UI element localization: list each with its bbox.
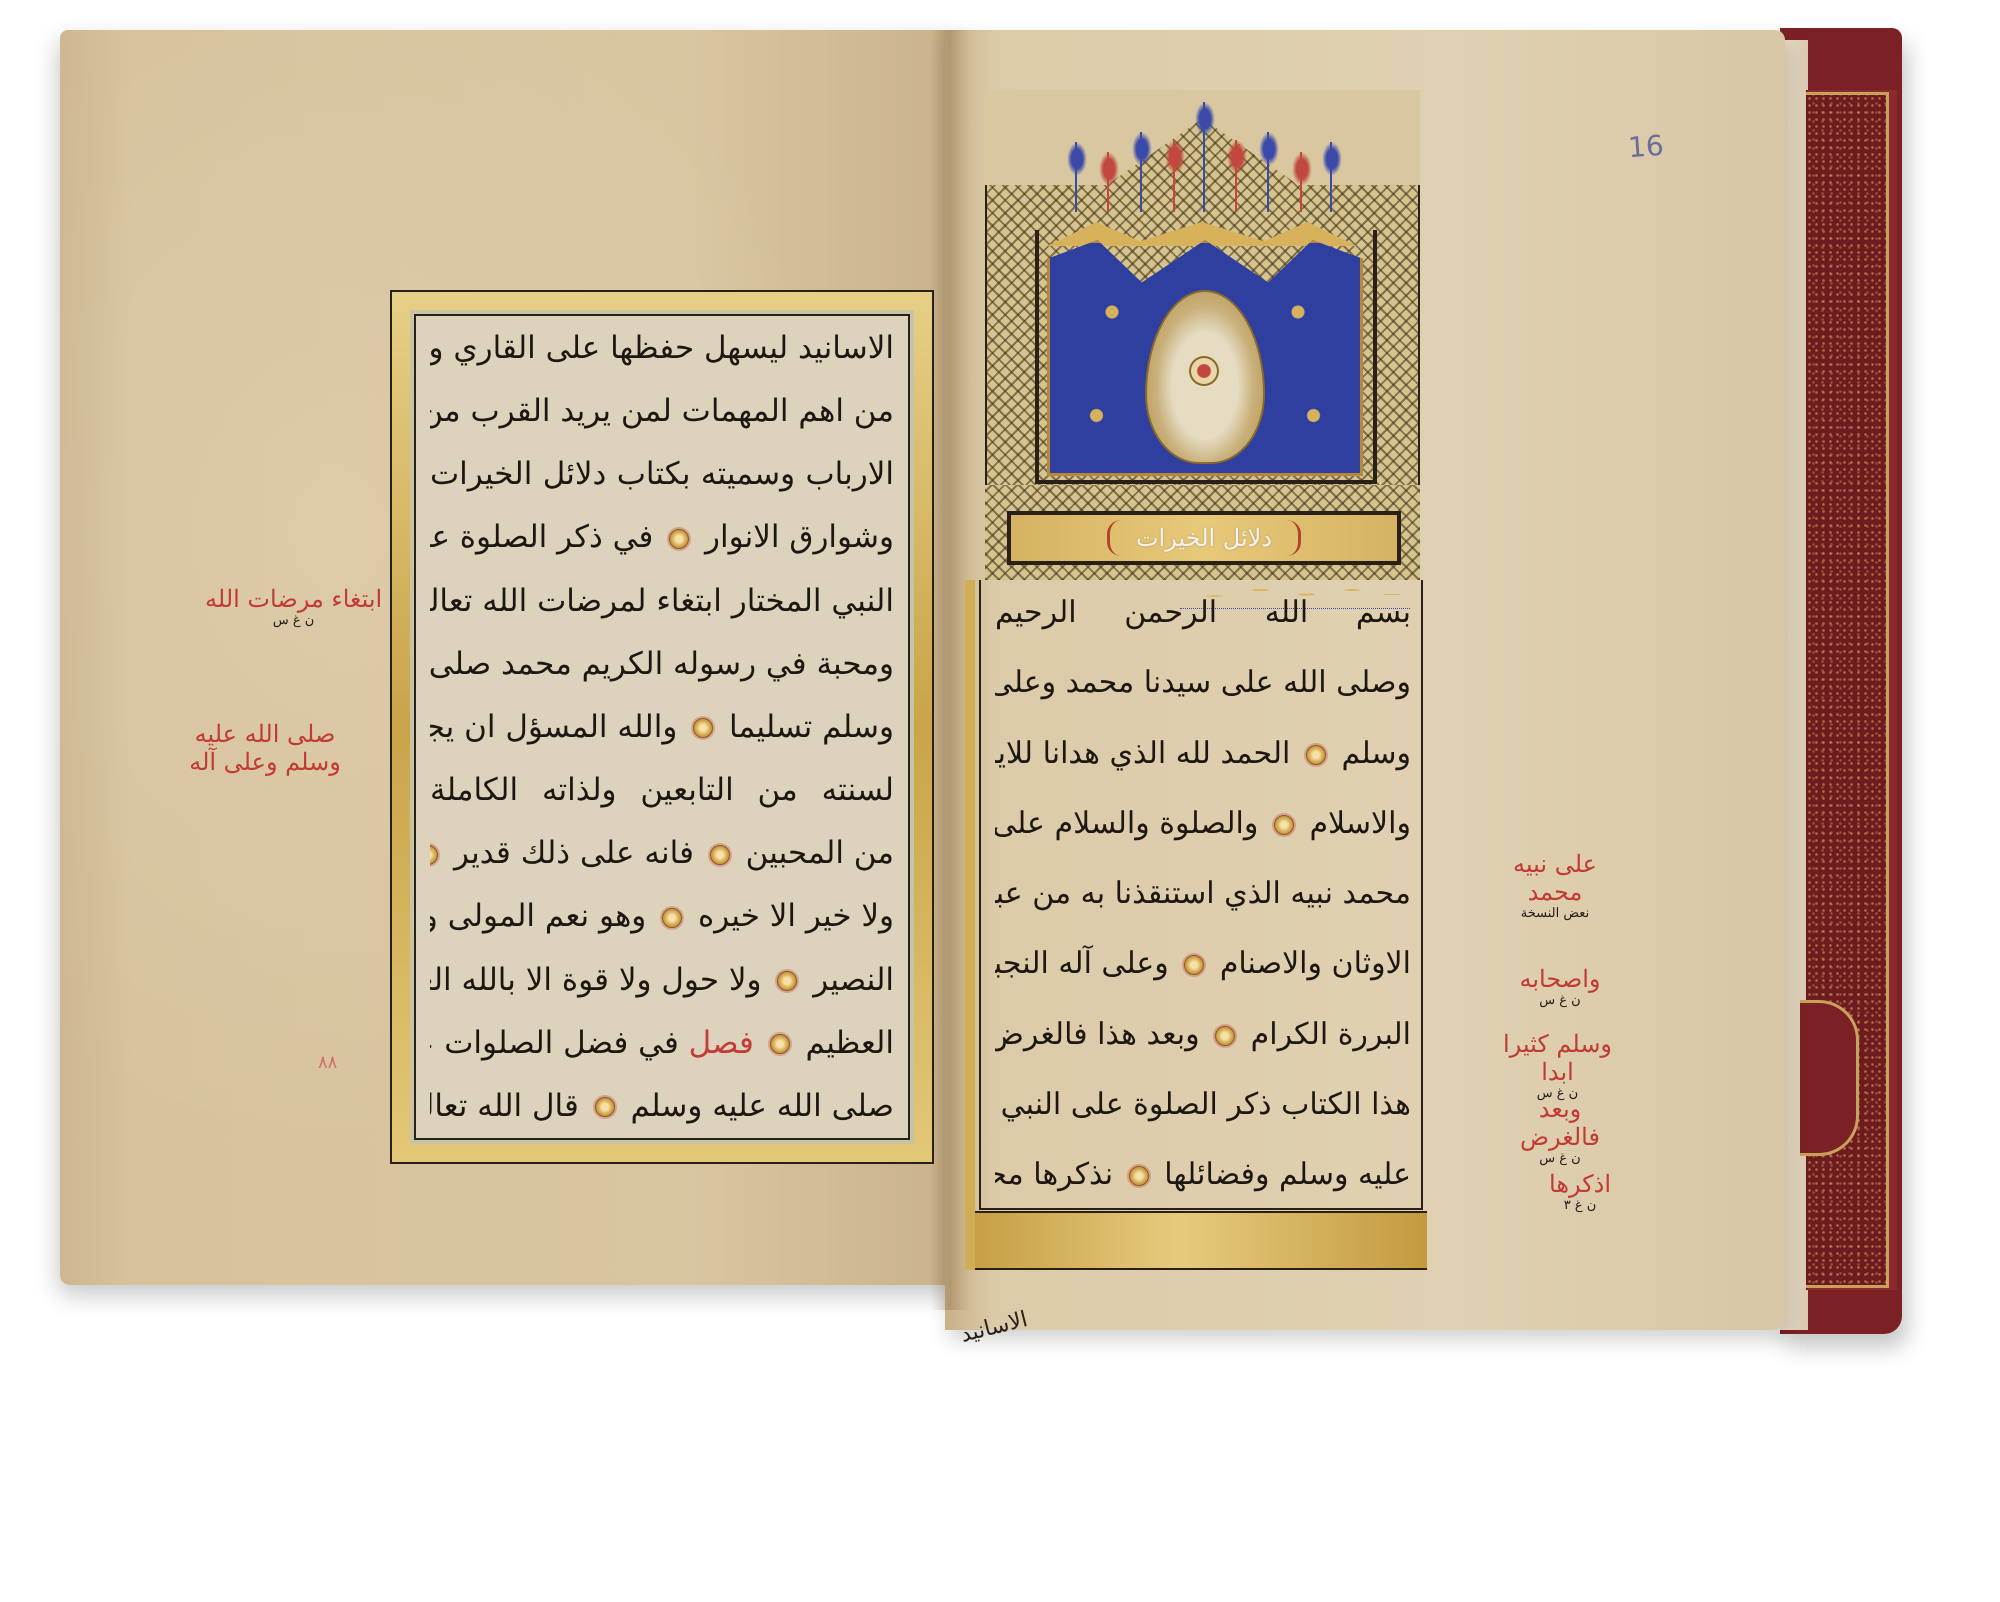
gold-rule-bottom [975, 1211, 1427, 1270]
margin-note-siglum: ن غ س [1515, 993, 1605, 1009]
text-line: من اهم المهمات لمن يريد القرب من رب [430, 385, 894, 437]
left-text-panel: الاسانيد ليسهل حفظها على القاري وهي من ا… [414, 314, 910, 1140]
gold-rule-left [965, 580, 975, 1270]
blue-flower-icon [1267, 132, 1291, 212]
red-flower-icon [1107, 152, 1131, 212]
margin-note-text: صلى الله عليه وسلم وعلى آله [185, 720, 345, 776]
margin-note-text: ابتغاء مرضات الله [205, 585, 382, 613]
gold-rosette-verse-marker-icon [693, 718, 713, 738]
gold-rosette-verse-marker-icon [669, 529, 689, 549]
basmala: بسم الله الرحمن الرحيم [995, 588, 1411, 638]
blue-flower-icon [1203, 102, 1227, 212]
text-line: والاسلام والصلوة والسلام على [995, 799, 1411, 849]
gold-rosette-verse-marker-icon [1274, 815, 1294, 835]
margin-note: على نبيه محمد نعض النسخة [1500, 850, 1610, 922]
margin-mark: ٨٨ [318, 1052, 337, 1073]
text-line: وشوارق الانوار في ذكر الصلوة على [430, 511, 894, 563]
text-line: وسلم الحمد لله الذي هدانا للايمان [995, 729, 1411, 779]
text-line: وصلى الله على سيدنا محمد وعلى آله وصحبه [995, 658, 1411, 708]
margin-note-siglum: نعض النسخة [1500, 906, 1610, 922]
text-line: محمد نبيه الذي استنقذنا به من عبادة [995, 869, 1411, 919]
margin-note: ابتغاء مرضات الله ن غ س [205, 585, 382, 629]
margin-note: وبعد فالغرض ن غ س [1500, 1095, 1620, 1167]
gold-rosette-verse-marker-icon [595, 1097, 615, 1117]
gold-rosette-verse-marker-icon [662, 908, 682, 928]
gold-rosette-verse-marker-icon [1215, 1026, 1235, 1046]
red-flower-icon [1300, 152, 1324, 212]
left-text-frame: الاسانيد ليسهل حفظها على القاري وهي من ا… [390, 290, 934, 1164]
margin-note-text: اذكرها [1540, 1170, 1620, 1198]
text-line: من المحبين فانه على ذلك قدير لا اله غيره [430, 827, 894, 879]
blue-flower-icon [1075, 142, 1099, 212]
margin-note-text: واصحابه [1515, 965, 1605, 993]
right-text-panel: بسم الله الرحمن الرحيم وصلى الله على سيد… [979, 580, 1423, 1210]
text-line: النبي المختار ابتغاء لمرضات الله تعالى [430, 575, 894, 627]
margin-note-siglum: ن غ س [205, 613, 382, 629]
gold-rosette-verse-marker-icon [770, 1034, 790, 1054]
text-line: لسنته من التابعين ولذاته الكاملة [430, 764, 894, 816]
gold-rosette-verse-marker-icon [430, 845, 438, 865]
gold-rosette-verse-marker-icon [1306, 745, 1326, 765]
margin-note-text: وبعد فالغرض [1500, 1095, 1620, 1151]
red-flower-icon [1173, 140, 1197, 212]
margin-note: اذكرها ن غ ٣ [1540, 1170, 1620, 1214]
blue-flower-icon [1330, 142, 1354, 212]
right-text-frame: بسم الله الرحمن الرحيم وصلى الله على سيد… [975, 580, 1427, 1270]
book-title: دلائل الخيرات [1136, 524, 1272, 552]
text-line: البررة الكرام وبعد هذا فالغرض في [995, 1010, 1411, 1060]
text-line: هذا الكتاب ذكر الصلوة على النبي صلى الله [995, 1080, 1411, 1130]
floral-finials [1045, 92, 1365, 212]
margin-note-text: وسلم كثيرا ابدا [1495, 1030, 1620, 1086]
margin-note-text: على نبيه محمد [1500, 850, 1610, 906]
gold-rosette-verse-marker-icon [777, 971, 797, 991]
margin-note: واصحابه ن غ س [1515, 965, 1605, 1009]
text-line: النصير ولا حول ولا قوة الا بالله العلي [430, 954, 894, 1006]
binding-cusped-border [1800, 1000, 1859, 1156]
text-line: عليه وسلم وفضائلها نذكرها محذوفة [995, 1150, 1411, 1200]
left-text-lines: الاسانيد ليسهل حفظها على القاري وهي من ا… [430, 322, 894, 1132]
gold-rosette-verse-marker-icon [710, 845, 730, 865]
text-line: الاسانيد ليسهل حفظها على القاري وهي [430, 322, 894, 374]
text-line: الارباب وسميته بكتاب دلائل الخيرات [430, 448, 894, 500]
gold-rosette-verse-marker-icon [1184, 955, 1204, 975]
rubric-word: فصل [689, 1025, 754, 1061]
margin-note: وسلم كثيرا ابدا ن غ س [1495, 1030, 1620, 1102]
margin-note-siglum: ن غ ٣ [1540, 1198, 1620, 1214]
gutter-shadow [930, 30, 970, 1310]
title-cartouche: دلائل الخيرات [1007, 511, 1401, 565]
text-line: وسلم تسليما والله المسؤل ان يجعلنا [430, 701, 894, 753]
open-manuscript: الاسانيد ليسهل حفظها على القاري وهي من ا… [0, 0, 2000, 1602]
right-text-lines: بسم الله الرحمن الرحيم وصلى الله على سيد… [995, 588, 1411, 1200]
red-flower-icon [1235, 140, 1259, 212]
title-cartouche-cell: دلائل الخيرات [1107, 520, 1301, 556]
margin-note-siglum: ن غ س [1500, 1151, 1620, 1167]
text-line-with-rubric: العظيم فصل في فضل الصلوات على النبي [430, 1017, 894, 1069]
text-line: صلى الله عليه وسلم قال الله تعالى عز [430, 1080, 894, 1132]
gold-rosette-verse-marker-icon [1129, 1166, 1149, 1186]
text-line: ومحبة في رسوله الكريم محمد صلى الله عليه [430, 638, 894, 690]
text-line: الاوثان والاصنام وعلى آله النجباء [995, 939, 1411, 989]
folio-number: 16 [1627, 129, 1665, 164]
margin-note: صلى الله عليه وسلم وعلى آله [185, 720, 345, 776]
blue-flower-icon [1140, 132, 1164, 212]
illuminated-headpiece: دلائل الخيرات [985, 90, 1420, 580]
text-line: ولا خير الا خيره وهو نعم المولى ونعم [430, 890, 894, 942]
title-band: دلائل الخيرات [985, 485, 1420, 580]
